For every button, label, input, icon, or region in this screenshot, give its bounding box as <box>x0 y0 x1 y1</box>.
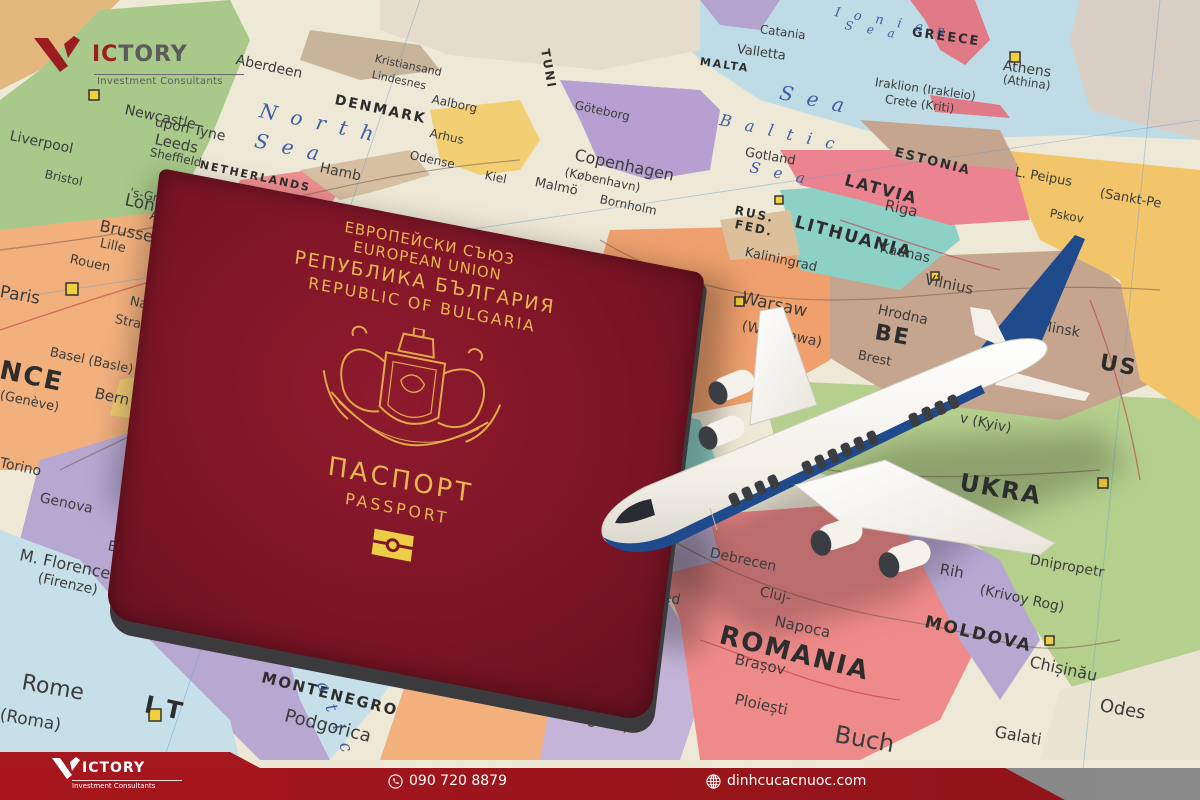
website-url: dinhcucacnuoc.com <box>727 773 866 789</box>
biometric-chip-icon <box>372 529 414 562</box>
victory-v-mark-icon <box>34 36 92 72</box>
footer-phone[interactable]: 090 720 8879 <box>388 773 507 789</box>
footer-victory-logo: ICTORY Investment Consultants <box>52 756 192 798</box>
logo-divider <box>94 74 244 75</box>
victory-logo: ICTORY Investment Consultants <box>32 32 242 92</box>
footer-brand-wordmark: ICTORY <box>82 760 145 776</box>
brand-wordmark: ICTORY <box>92 42 188 67</box>
coat-of-arms-icon <box>306 310 517 471</box>
victory-v-mark-icon <box>52 757 86 779</box>
footer-brand-tagline: Investment Consultants <box>72 782 155 790</box>
phone-number: 090 720 8879 <box>409 773 507 789</box>
globe-icon <box>706 774 721 789</box>
phone-icon <box>388 774 403 789</box>
footer-website[interactable]: dinhcucacnuoc.com <box>706 773 866 789</box>
airplane-icon <box>585 225 1105 595</box>
footer-logo-divider <box>72 780 182 781</box>
photo-scene: DENMARKNETHERLANDSBELLUX.NCEESTONIALATVI… <box>0 0 1200 800</box>
brand-tagline: Investment Consultants <box>97 76 223 87</box>
